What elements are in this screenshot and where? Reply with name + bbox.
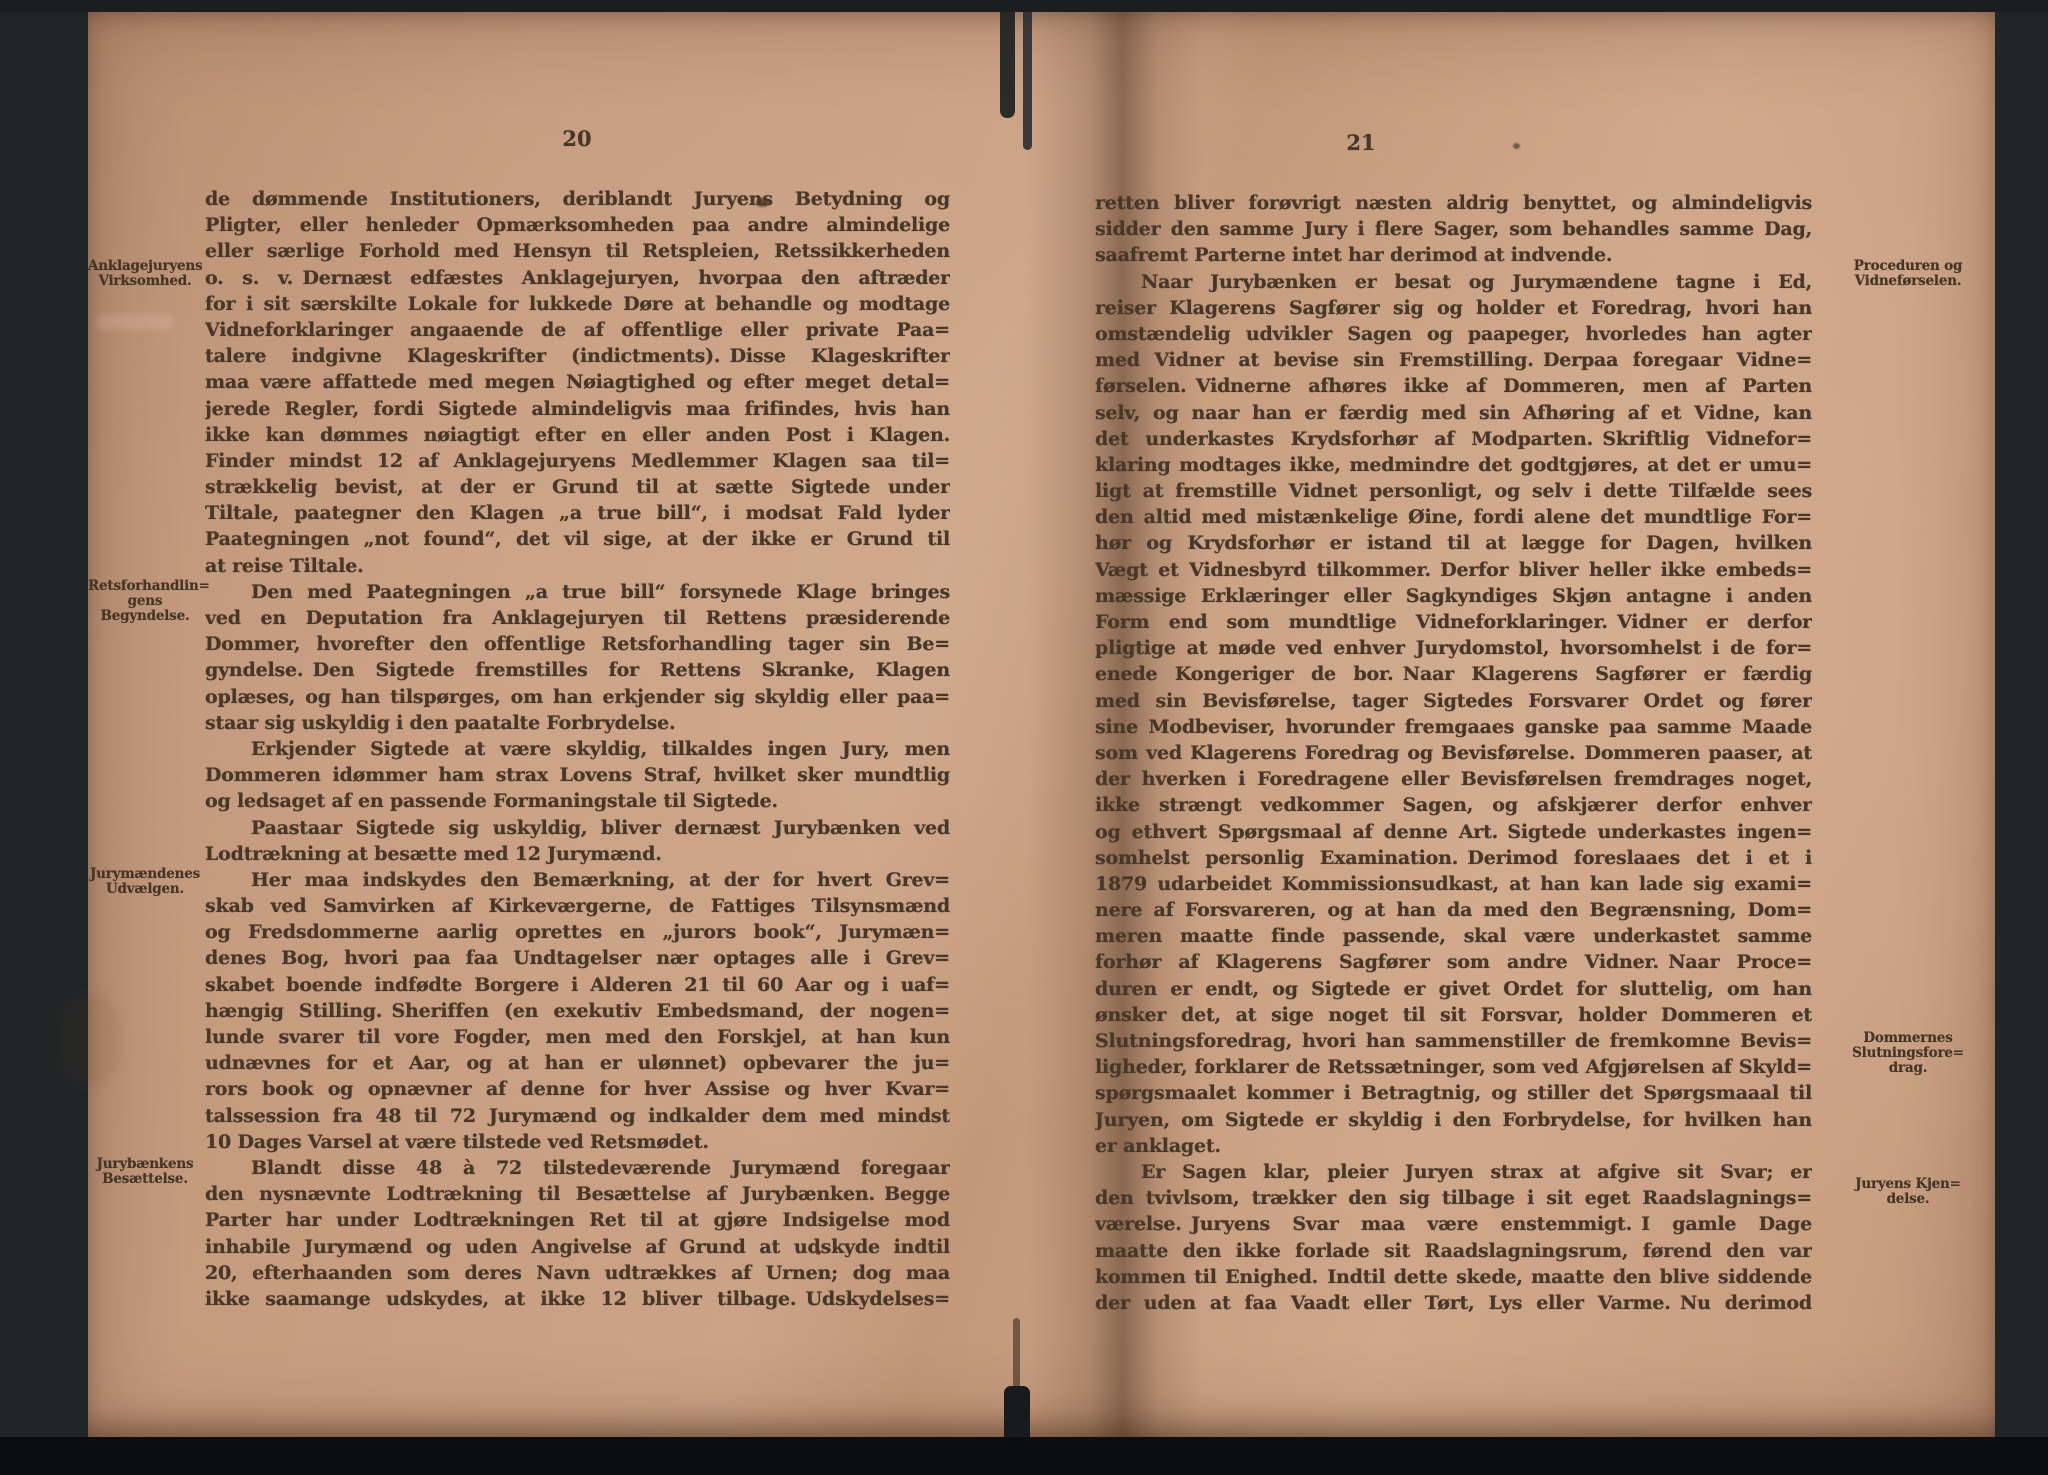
margin-note-line: delse.: [1822, 1192, 1994, 1207]
right_page-body: retten bliver forøvrigt næsten aldrig be…: [1095, 190, 1812, 1316]
body-line: eller særlige Forhold med Hensyn til Ret…: [205, 238, 950, 264]
body-line: den altid med mistænkelige Øine, fordi a…: [1095, 504, 1812, 530]
body-line: skabet boende indfødte Borgere i Alderen…: [205, 972, 950, 998]
margin-note-line: Dommernes: [1822, 1031, 1994, 1046]
body-line: ikke kan dømmes nøiagtigt efter en eller…: [205, 422, 950, 448]
body-line: Paastaar Sigtede sig uskyldig, bliver de…: [205, 815, 950, 841]
body-line: selv, og naar han er færdig med sin Afhø…: [1095, 400, 1812, 426]
body-line: inhabile Jurymænd og uden Angivelse af G…: [205, 1234, 950, 1260]
body-line: værelse. Juryens Svar maa være enstemmig…: [1095, 1211, 1812, 1237]
body-line: for i sit særskilte Lokale for lukkede D…: [205, 291, 950, 317]
body-line: hængig Stilling. Sheriffen (en exekutiv …: [205, 998, 950, 1024]
body-line: spørgsmaalet kommer i Betragtnig, og sti…: [1095, 1080, 1812, 1106]
body-line: Vægt et Vidnesbyrd tilkommer. Derfor bli…: [1095, 557, 1812, 583]
body-line: saafremt Parterne intet har derimod at i…: [1095, 242, 1812, 268]
body-line: 20, efterhaanden som deres Navn udtrække…: [205, 1260, 950, 1286]
body-line: Her maa indskydes den Bemærkning, at der…: [205, 867, 950, 893]
body-line: ønsker det, at sige noget til sit Forsva…: [1095, 1002, 1812, 1028]
margin-note-line: drag.: [1822, 1061, 1994, 1076]
body-line: Blandt disse 48 à 72 tilstedeværende Jur…: [205, 1155, 950, 1181]
margin-note: Retsforhandlin=gens Begyndelse.: [88, 579, 202, 624]
body-line: omstændelig udvikler Sagen og paapeger, …: [1095, 321, 1812, 347]
body-line: Dommer, hvorefter den offentlige Retsfor…: [205, 631, 950, 657]
body-line: duren er endt, og Sigtede er givet Ordet…: [1095, 976, 1812, 1002]
body-line: og Fredsdommerne aarlig oprettes en „jur…: [205, 919, 950, 945]
margin-note-line: Besættelse.: [88, 1172, 202, 1187]
body-line: reiser Klagerens Sagfører sig og holder …: [1095, 295, 1812, 321]
body-line: ligt at fremstille Vidnet personligt, og…: [1095, 478, 1812, 504]
paper-smudge: [60, 995, 120, 1085]
body-line: Den med Paategningen „a true bill“ forsy…: [205, 579, 950, 605]
body-line: Lodtrækning at besætte med 12 Jurymænd.: [205, 841, 950, 867]
body-line: som ved Klagerens Foredrag og Bevisførel…: [1095, 740, 1812, 766]
body-line: meren maatte finde passende, skal være u…: [1095, 923, 1812, 949]
body-line: talere indgivne Klageskrifter (indictmen…: [205, 343, 950, 369]
body-line: lunde svarer til vore Fogder, men med de…: [205, 1024, 950, 1050]
body-line: sine Modbeviser, hvorunder fremgaaes gan…: [1095, 714, 1812, 740]
margin-note-line: Juryens Kjen=: [1822, 1177, 1994, 1192]
body-line: det underkastes Krydsforhør af Modparten…: [1095, 426, 1812, 452]
margin-note-line: Jurymændenes: [88, 867, 202, 882]
body-line: staar sig uskyldig i den paatalte Forbry…: [205, 710, 950, 736]
body-line: mæssige Erklæringer eller Sagkyndiges Sk…: [1095, 583, 1812, 609]
paper-smudge: [96, 314, 174, 330]
body-line: Er Sagen klar, pleier Juryen strax at af…: [1095, 1159, 1812, 1185]
body-line: gyndelse. Den Sigtede fremstilles for Re…: [205, 657, 950, 683]
body-line: førselen. Vidnerne afhøres ikke af Domme…: [1095, 373, 1812, 399]
body-line: Finder mindst 12 af Anklagejuryens Medle…: [205, 448, 950, 474]
body-line: Slutningsforedrag, hvori han sammenstill…: [1095, 1028, 1812, 1054]
margin-note-line: gens Begyndelse.: [88, 594, 202, 624]
ink-stain: [816, 1250, 821, 1255]
body-line: o. s. v. Dernæst edfæstes Anklagejuryen,…: [205, 265, 950, 291]
body-line: 1879 udarbeidet Kommissionsudkast, at ha…: [1095, 871, 1812, 897]
body-line: den tvivlsom, trækker den sig tilbage i …: [1095, 1185, 1812, 1211]
body-line: den nysnævnte Lodtrækning til Besættelse…: [205, 1181, 950, 1207]
margin-note-line: Virksomhed.: [88, 274, 202, 289]
margin-note-line: Slutningsfore=: [1822, 1046, 1994, 1061]
body-line: at reise Tiltale.: [205, 553, 950, 579]
margin-note-line: Proceduren og: [1822, 259, 1994, 274]
margin-note-line: Udvælgen.: [88, 882, 202, 897]
margin-note: Juryens Kjen=delse.: [1822, 1177, 1994, 1207]
body-line: Paategningen „not found“, det vil sige, …: [205, 526, 950, 552]
body-line: de dømmende Institutioners, deriblandt J…: [205, 186, 950, 212]
margin-note: DommernesSlutningsfore=drag.: [1822, 1031, 1994, 1076]
margin-note: AnklagejuryensVirksomhed.: [88, 259, 202, 289]
body-line: somhelst personlig Examination. Derimod …: [1095, 845, 1812, 871]
body-line: pligtige at møde ved enhver Jurydomstol,…: [1095, 635, 1812, 661]
body-line: oplæses, og han tilspørges, om han erkje…: [205, 684, 950, 710]
margin-note: JurybænkensBesættelse.: [88, 1157, 202, 1187]
margin-note-line: Retsforhandlin=: [88, 579, 202, 594]
body-line: og ledsaget af en passende Formaningstal…: [205, 788, 950, 814]
body-line: kommen til Enighed. Indtil dette skede, …: [1095, 1264, 1812, 1290]
body-line: Form end som mundtlige Vidneforklaringer…: [1095, 609, 1812, 635]
body-line: 10 Dages Varsel at være tilstede ved Ret…: [205, 1129, 950, 1155]
left-page-number: 20: [542, 126, 612, 151]
book-photo: { "colors": { "paper": "#c79d80", "ink":…: [0, 0, 2048, 1475]
body-line: hør og Krydsforhør er istand til at lægg…: [1095, 530, 1812, 556]
margin-note-line: Anklagejuryens: [88, 259, 202, 274]
body-line: rors book og opnævner af denne for hver …: [205, 1076, 950, 1102]
body-line: ikke saamange udskydes, at ikke 12 blive…: [205, 1286, 950, 1312]
body-line: denes Bog, hvori paa faa Undtagelser nær…: [205, 945, 950, 971]
body-line: Juryen, om Sigtede er skyldig i den Forb…: [1095, 1107, 1812, 1133]
photo-edge-bottom: [0, 1437, 2048, 1475]
body-line: enede Kongeriger de bor. Naar Klagerens …: [1095, 661, 1812, 687]
binding-mark-top: [1023, 0, 1032, 150]
margin-note: JurymændenesUdvælgen.: [88, 867, 202, 897]
body-line: skab ved Samvirken af Kirkeværgerne, de …: [205, 893, 950, 919]
ink-stain: [756, 198, 769, 207]
binding-mark-bottom: [1004, 1386, 1030, 1437]
margin-note-line: Vidneførselen.: [1822, 274, 1994, 289]
binding-mark-top: [1000, 0, 1015, 118]
body-line: jerede Regler, fordi Sigtede almindeligv…: [205, 396, 950, 422]
left_page-body: de dømmende Institutioners, deriblandt J…: [205, 186, 950, 1312]
body-line: med sin Bevisførelse, tager Sigtedes For…: [1095, 688, 1812, 714]
body-line: Tiltale, paategner den Klagen „a true bi…: [205, 500, 950, 526]
body-line: ligheder, forklarer de Retssætninger, so…: [1095, 1054, 1812, 1080]
body-line: Dommeren idømmer ham strax Lovens Straf,…: [205, 762, 950, 788]
body-line: udnævnes for et Aar, og at han er ulønne…: [205, 1050, 950, 1076]
margin-note-line: Jurybænkens: [88, 1157, 202, 1172]
body-line: og ethvert Spørgsmaal af denne Art. Sigt…: [1095, 819, 1812, 845]
body-line: sidder den samme Jury i flere Sager, som…: [1095, 216, 1812, 242]
body-line: maa være affattede med megen Nøiagtighed…: [205, 369, 950, 395]
ink-stain: [1513, 143, 1520, 149]
photo-edge-top: [0, 0, 2048, 12]
body-line: der hverken i Foredragene eller Bevisfør…: [1095, 766, 1812, 792]
body-line: Vidneforklaringer angaaende de af offent…: [205, 317, 950, 343]
binding-mark-bottom: [1013, 1318, 1020, 1396]
body-line: Parter har under Lodtrækningen Ret til a…: [205, 1207, 950, 1233]
body-line: strækkelig bevist, at der er Grund til a…: [205, 474, 950, 500]
body-line: maatte den ikke forlade sit Raadslagning…: [1095, 1238, 1812, 1264]
body-line: der uden at faa Vaadt eller Tørt, Lys el…: [1095, 1290, 1812, 1316]
body-line: talssession fra 48 til 72 Jurymænd og in…: [205, 1103, 950, 1129]
body-line: med Vidner at bevise sin Fremstilling. D…: [1095, 347, 1812, 373]
body-line: ved en Deputation fra Anklagejuryen til …: [205, 605, 950, 631]
body-line: er anklaget.: [1095, 1133, 1812, 1159]
body-line: klaring modtages ikke, medmindre det god…: [1095, 452, 1812, 478]
body-line: Naar Jurybænken er besat og Jurymændene …: [1095, 269, 1812, 295]
margin-note: Proceduren ogVidneførselen.: [1822, 259, 1994, 289]
body-line: nere af Forsvareren, og at han da med de…: [1095, 897, 1812, 923]
body-line: ikke strængt vedkommer Sagen, og afskjær…: [1095, 792, 1812, 818]
body-line: forhør af Klagerens Sagfører som andre V…: [1095, 949, 1812, 975]
body-line: Erkjender Sigtede at være skyldig, tilka…: [205, 736, 950, 762]
body-line: retten bliver forøvrigt næsten aldrig be…: [1095, 190, 1812, 216]
body-line: Pligter, eller henleder Opmærksomheden p…: [205, 212, 950, 238]
right-page-number: 21: [1326, 130, 1396, 155]
